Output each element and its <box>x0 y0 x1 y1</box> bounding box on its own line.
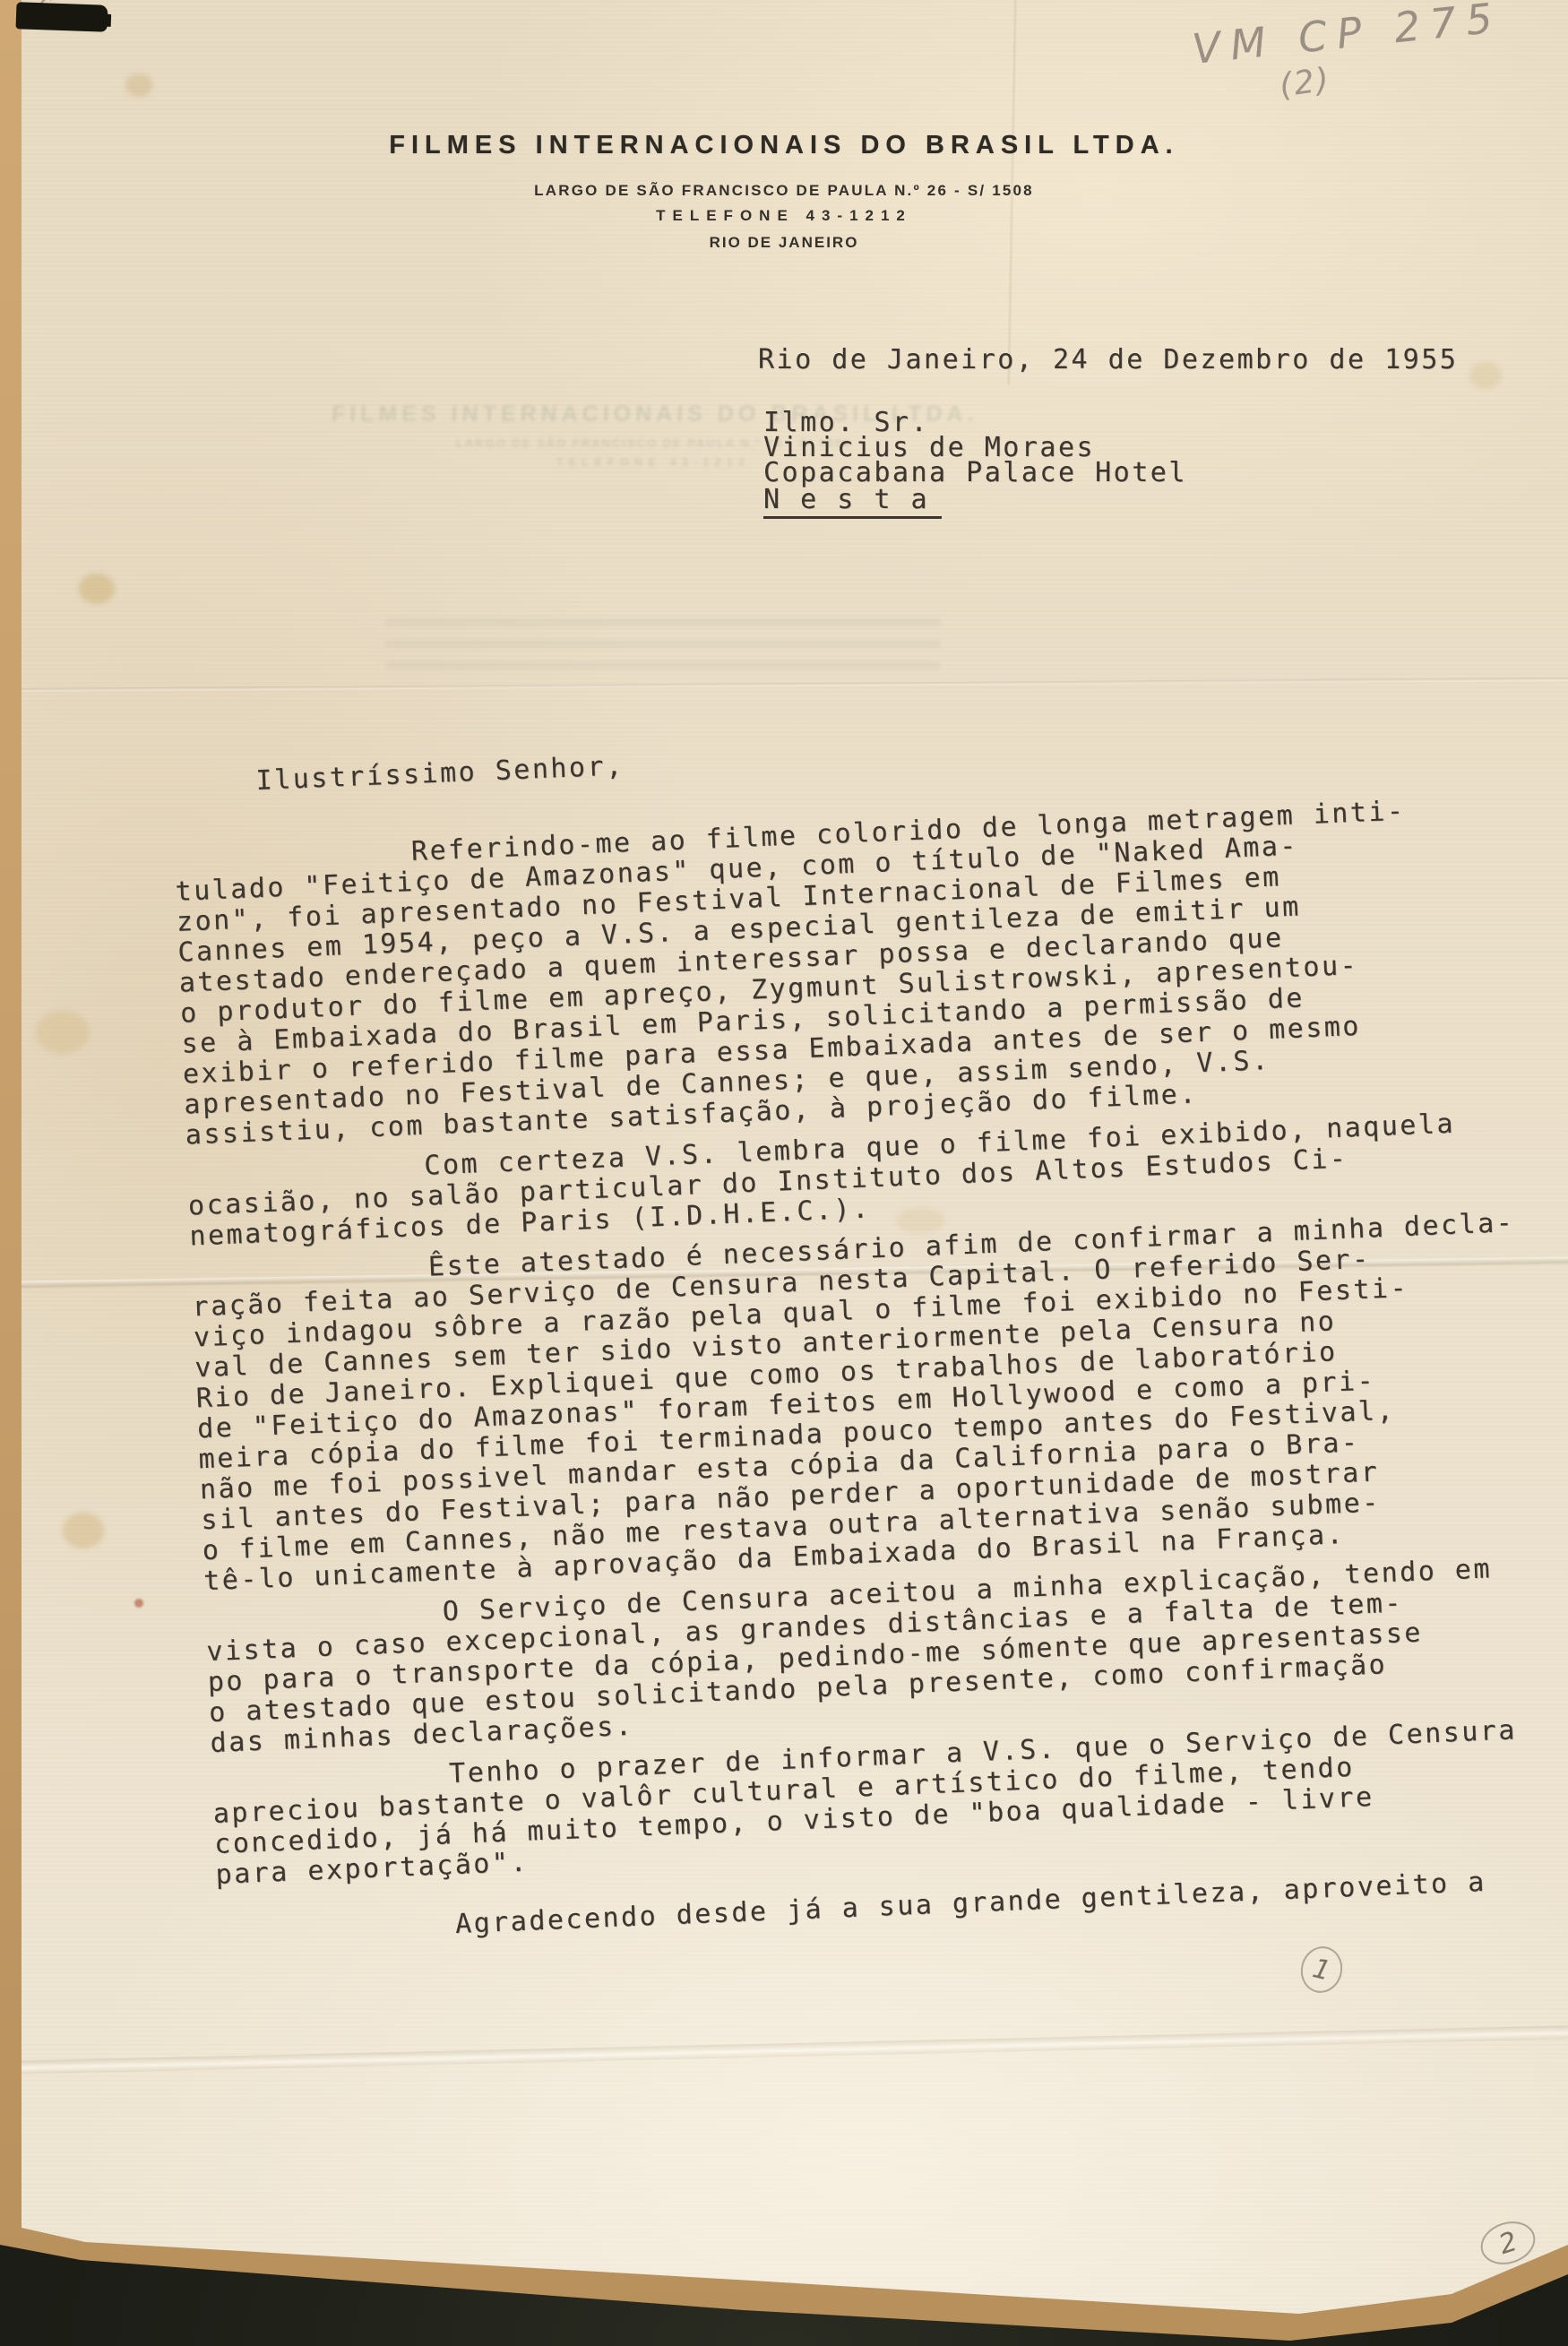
letterhead-city: RIO DE JANEIRO <box>0 234 1568 252</box>
paper-stain <box>36 1011 90 1054</box>
recipient-block: Ilmo. Sr. Vinicius de Moraes Copacabana … <box>763 410 1187 486</box>
pencil-circled-number-1: 1 <box>1296 1942 1347 1997</box>
date-line: Rio de Janeiro, 24 de Dezembro de 1955 <box>758 344 1458 375</box>
paper-stain <box>125 73 152 97</box>
letter-body: Ilustríssimo Senhor, Referindo-me ao fil… <box>170 713 1568 1960</box>
letterhead-address: LARGO DE SÃO FRANCISCO DE PAULA N.º 26 -… <box>0 182 1568 200</box>
fold-crease <box>0 677 1568 693</box>
paper-stain <box>134 1599 143 1608</box>
scanned-letter-canvas: FILMES INTERNACIONAIS DO BRASIL LTDA. LA… <box>0 0 1568 2346</box>
salutation: Ilustríssimo Senhor, <box>255 713 1523 797</box>
pencil-archive-code-2: (2) <box>1277 61 1332 105</box>
letterhead-company: FILMES INTERNACIONAIS DO BRASIL LTDA. <box>0 131 1568 160</box>
letter-page: FILMES INTERNACIONAIS DO BRASIL LTDA. LA… <box>0 0 1568 2346</box>
recipient-city: N e s t a <box>763 484 942 519</box>
paper-stain <box>1469 362 1502 389</box>
corner-clip-mark <box>16 2 108 32</box>
fold-crease <box>0 2024 1568 2074</box>
pencil-archive-code: VM CP 275 <box>1190 0 1504 73</box>
paper-stain <box>63 1513 104 1548</box>
body-paragraph: Referindo-me ao filme colorido de longa … <box>174 791 1538 1151</box>
body-paragraph: Êste atestado é necessário afim de confi… <box>191 1207 1556 1598</box>
ghost-ink-bars <box>385 618 941 683</box>
paper-stain <box>79 574 115 604</box>
letterhead-phone: TELEFONE 43-1212 <box>0 207 1568 225</box>
